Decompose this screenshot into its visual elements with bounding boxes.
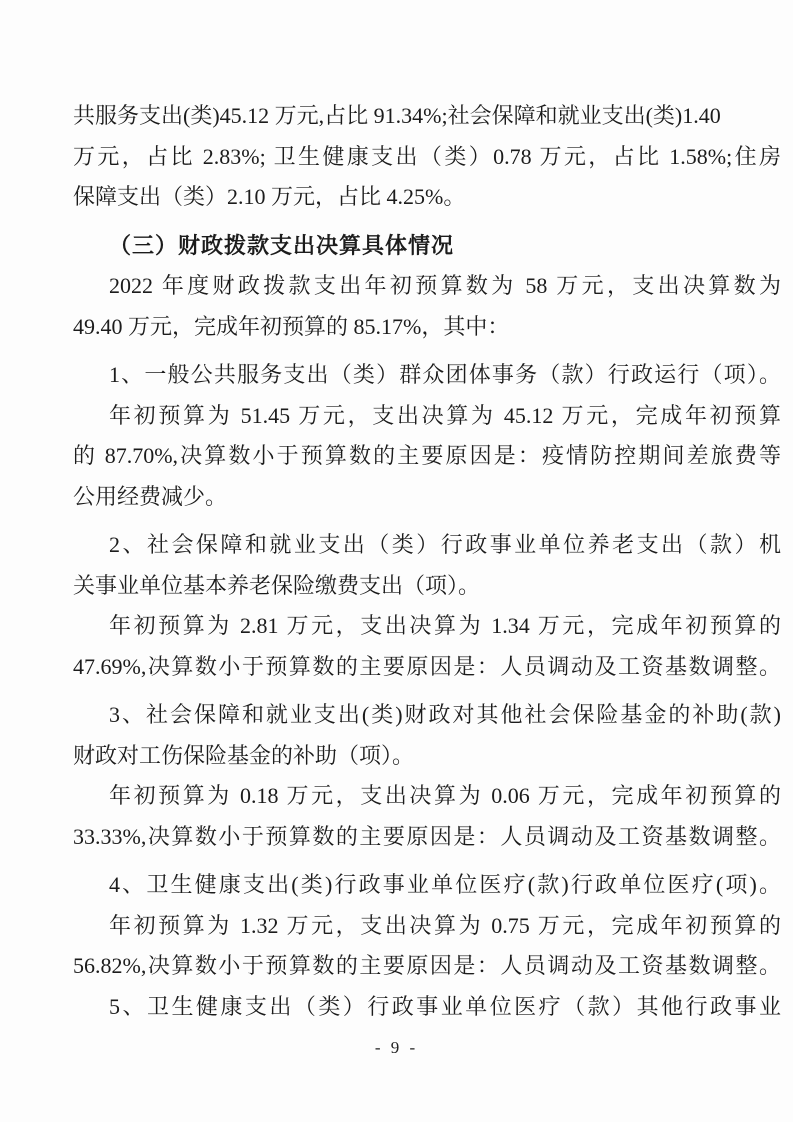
body-text-line: 49.40 万元，完成年初预算的 85.17%，其中： [73,307,781,348]
body-text-line: 2022 年度财政拨款支出年初预算数为 58 万元，支出决算数为 [73,266,781,307]
body-text-line: 公用经费减少。 [73,477,781,518]
body-text-line: 年初预算为 51.45 万元，支出决算为 45.12 万元，完成年初预算 [73,396,781,437]
body-text-line: 关事业单位基本养老保险缴费支出（项）。 [73,566,781,607]
body-text-line: 的 87.70%,决算数小于预算数的主要原因是：疫情防控期间差旅费等 [73,436,781,477]
document-body: 共服务支出(类)45.12 万元,占比 91.34%;社会保障和就业支出(类)1… [73,96,781,1027]
section-heading-3: （三）财政拨款支出决算具体情况 [73,226,781,267]
item-2-title-line: 2、社会保障和就业支出（类）行政事业单位养老支出（款）机 [73,525,781,566]
body-text-line: 保障支出（类）2.10 万元，占比 4.25%。 [73,177,781,218]
item-5-title-line: 5、卫生健康支出（类）行政事业单位医疗（款）其他行政事业 [73,987,781,1028]
body-text-line: 年初预算为 2.81 万元，支出决算为 1.34 万元，完成年初预算的 [73,606,781,647]
body-text-line: 56.82%,决算数小于预算数的主要原因是：人员调动及工资基数调整。 [73,946,781,987]
body-text-line: 33.33%,决算数小于预算数的主要原因是：人员调动及工资基数调整。 [73,817,781,858]
body-text-line: 共服务支出(类)45.12 万元,占比 91.34%;社会保障和就业支出(类)1… [73,96,781,137]
body-text-line: 财政对工伤保险基金的补助（项）。 [73,736,781,777]
body-text-line: 年初预算为 1.32 万元，支出决算为 0.75 万元，完成年初预算的 [73,906,781,947]
document-page: 共服务支出(类)45.12 万元,占比 91.34%;社会保障和就业支出(类)1… [0,0,793,1122]
item-4-title-line: 4、卫生健康支出(类)行政事业单位医疗(款)行政单位医疗(项)。 [73,865,781,906]
page-number: - 9 - [0,1038,793,1058]
item-1-title-line: 1、一般公共服务支出（类）群众团体事务（款）行政运行（项）。 [73,355,781,396]
item-3-title-line: 3、社会保障和就业支出(类)财政对其他社会保险基金的补助(款) [73,695,781,736]
body-text-line: 万元，占比 2.83%; 卫生健康支出（类）0.78 万元，占比 1.58%;住… [73,137,781,178]
body-text-line: 年初预算为 0.18 万元，支出决算为 0.06 万元，完成年初预算的 [73,776,781,817]
body-text-line: 47.69%,决算数小于预算数的主要原因是：人员调动及工资基数调整。 [73,647,781,688]
